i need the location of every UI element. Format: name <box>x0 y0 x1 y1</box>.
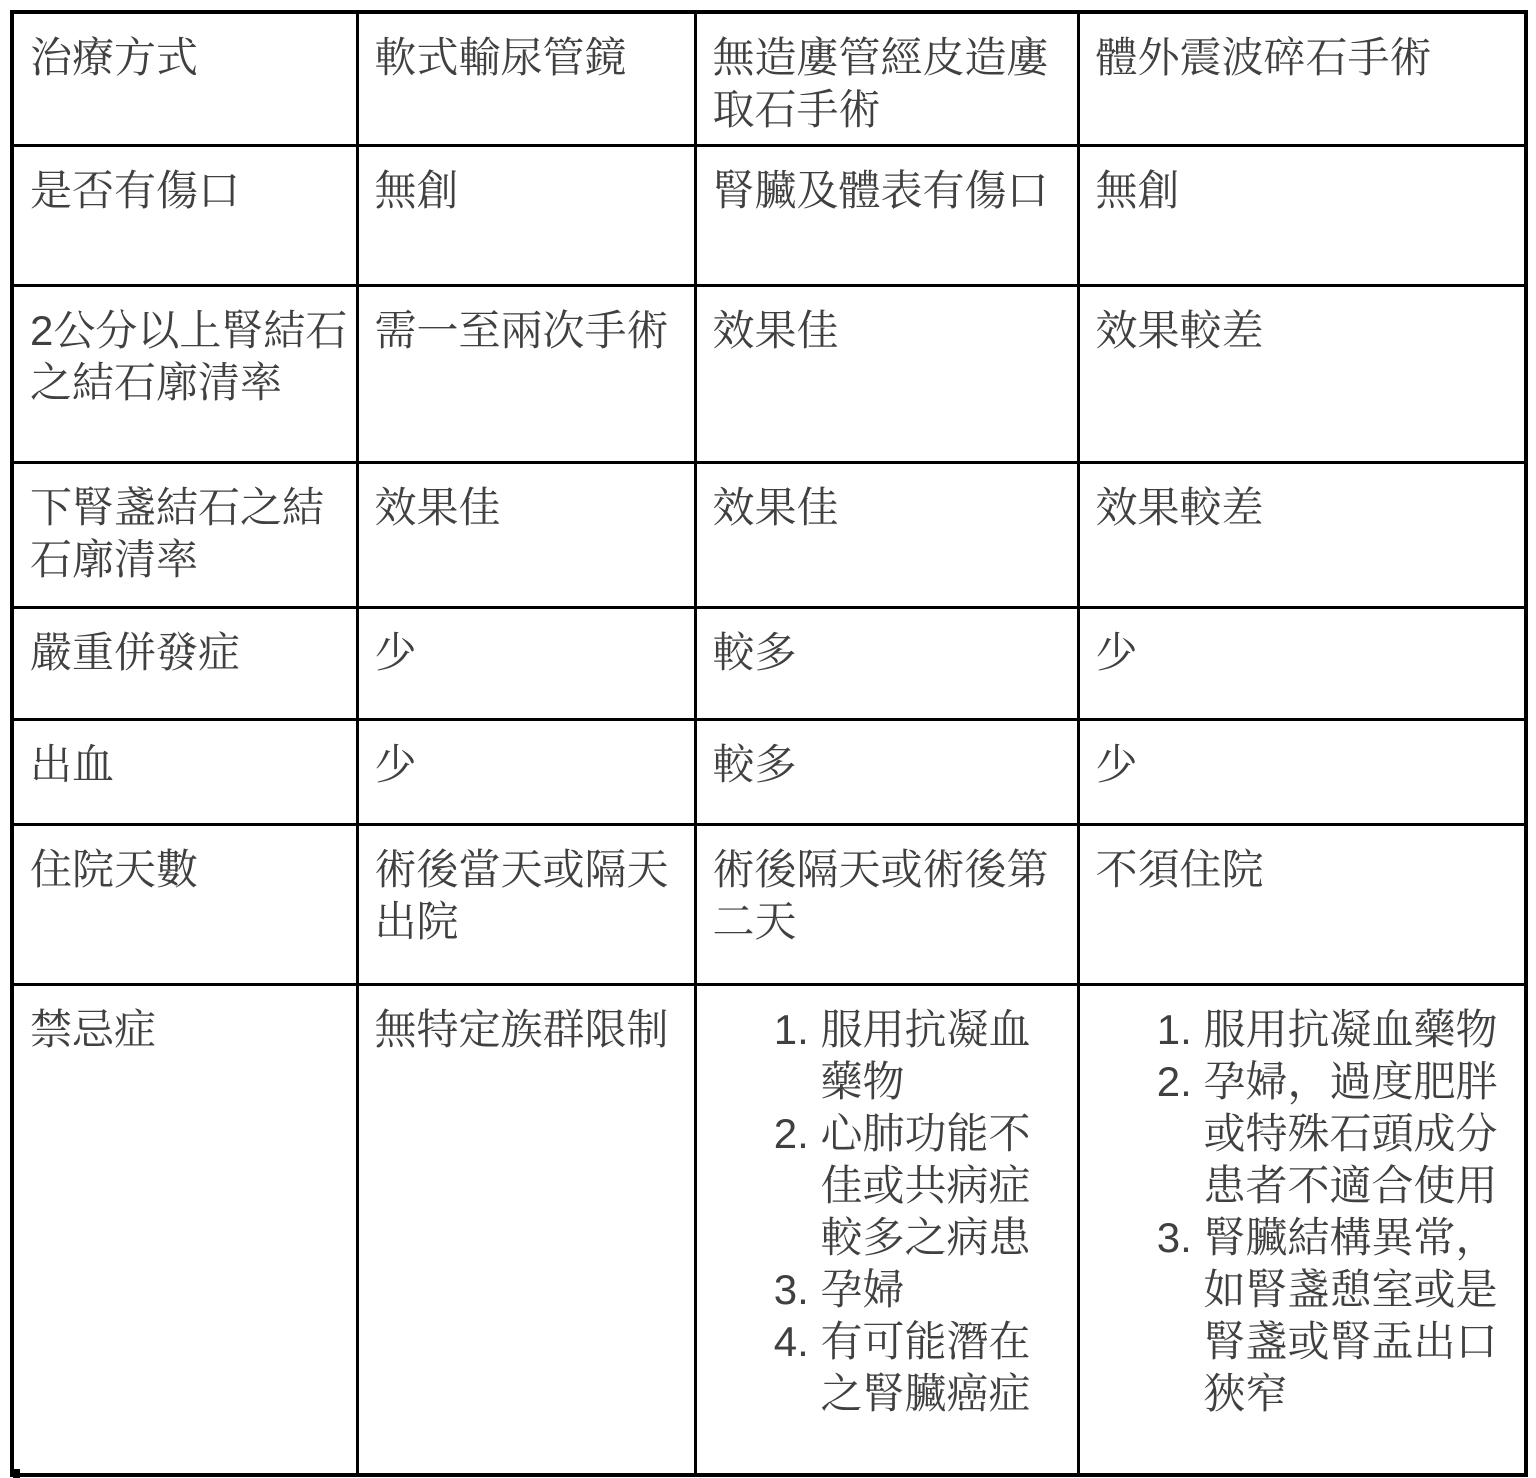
list-item: 服用抗凝血藥物 <box>1204 1004 1520 1056</box>
value-cell: 無特定族群限制 <box>357 985 695 1475</box>
table-body: 治療方式 軟式輸尿管鏡 無造廔管經皮造廔取石手術 體外震波碎石手術 是否有傷口 … <box>12 12 1526 1475</box>
row-label-cell: 2公分以上腎結石之結石廓清率 <box>12 286 357 463</box>
value-cell: 無創 <box>357 146 695 286</box>
header-cell-eswl: 體外震波碎石手術 <box>1078 12 1526 146</box>
list-item: 孕婦 <box>821 1264 1072 1316</box>
value-cell: 不須住院 <box>1078 825 1526 985</box>
list-item: 有可能潛在之腎臟癌症 <box>821 1316 1072 1420</box>
table-row-wound: 是否有傷口 無創 腎臟及體表有傷口 無創 <box>12 146 1526 286</box>
header-cell-treatment-method: 治療方式 <box>12 12 357 146</box>
value-cell: 術後當天或隔天出院 <box>357 825 695 985</box>
table-row-hospital-stay: 住院天數 術後當天或隔天出院 術後隔天或術後第二天 不須住院 <box>12 825 1526 985</box>
header-cell-tubeless-pcnl: 無造廔管經皮造廔取石手術 <box>695 12 1078 146</box>
value-cell: 需一至兩次手術 <box>357 286 695 463</box>
value-cell: 效果佳 <box>357 463 695 608</box>
list-item: 心肺功能不佳或共病症較多之病患 <box>821 1108 1072 1264</box>
table-row-contraindications: 禁忌症 無特定族群限制 服用抗凝血藥物心肺功能不佳或共病症較多之病患孕婦有可能潛… <box>12 985 1526 1475</box>
contraindication-list-eswl: 服用抗凝血藥物孕婦，過度肥胖或特殊石頭成分患者不適合使用腎臟結構異常，如腎盞憩室… <box>1096 1004 1520 1420</box>
treatment-comparison-table: 治療方式 軟式輸尿管鏡 無造廔管經皮造廔取石手術 體外震波碎石手術 是否有傷口 … <box>10 10 1528 1477</box>
value-cell: 腎臟及體表有傷口 <box>695 146 1078 286</box>
value-cell: 效果較差 <box>1078 286 1526 463</box>
value-cell: 效果佳 <box>695 286 1078 463</box>
row-label-cell: 禁忌症 <box>12 985 357 1475</box>
list-item: 孕婦，過度肥胖或特殊石頭成分患者不適合使用 <box>1204 1056 1520 1212</box>
value-cell: 效果較差 <box>1078 463 1526 608</box>
row-label-cell: 出血 <box>12 720 357 825</box>
row-label-cell: 是否有傷口 <box>12 146 357 286</box>
table-row-clearance-lower-calyx: 下腎盞結石之結石廓清率 效果佳 效果佳 效果較差 <box>12 463 1526 608</box>
value-cell: 術後隔天或術後第二天 <box>695 825 1078 985</box>
value-cell-list: 服用抗凝血藥物心肺功能不佳或共病症較多之病患孕婦有可能潛在之腎臟癌症 <box>695 985 1078 1475</box>
table-row-clearance-large-stone: 2公分以上腎結石之結石廓清率 需一至兩次手術 效果佳 效果較差 <box>12 286 1526 463</box>
row-label-cell: 嚴重併發症 <box>12 608 357 720</box>
value-cell: 效果佳 <box>695 463 1078 608</box>
value-cell: 少 <box>357 720 695 825</box>
value-cell-list: 服用抗凝血藥物孕婦，過度肥胖或特殊石頭成分患者不適合使用腎臟結構異常，如腎盞憩室… <box>1078 985 1526 1475</box>
value-cell: 較多 <box>695 720 1078 825</box>
table-row-severe-complications: 嚴重併發症 少 較多 少 <box>12 608 1526 720</box>
header-cell-flexible-ureteroscopy: 軟式輸尿管鏡 <box>357 12 695 146</box>
list-item: 腎臟結構異常，如腎盞憩室或是腎盞或腎盂出口狹窄 <box>1204 1212 1520 1420</box>
row-label-cell: 住院天數 <box>12 825 357 985</box>
value-cell: 少 <box>1078 608 1526 720</box>
contraindication-list-pcnl: 服用抗凝血藥物心肺功能不佳或共病症較多之病患孕婦有可能潛在之腎臟癌症 <box>713 1004 1072 1420</box>
table-row-bleeding: 出血 少 較多 少 <box>12 720 1526 825</box>
value-cell: 較多 <box>695 608 1078 720</box>
value-cell: 少 <box>357 608 695 720</box>
cursor-mark <box>13 1469 20 1478</box>
value-cell: 少 <box>1078 720 1526 825</box>
header-row: 治療方式 軟式輸尿管鏡 無造廔管經皮造廔取石手術 體外震波碎石手術 <box>12 12 1526 146</box>
list-item: 服用抗凝血藥物 <box>821 1004 1072 1108</box>
row-label-cell: 下腎盞結石之結石廓清率 <box>12 463 357 608</box>
value-cell: 無創 <box>1078 146 1526 286</box>
